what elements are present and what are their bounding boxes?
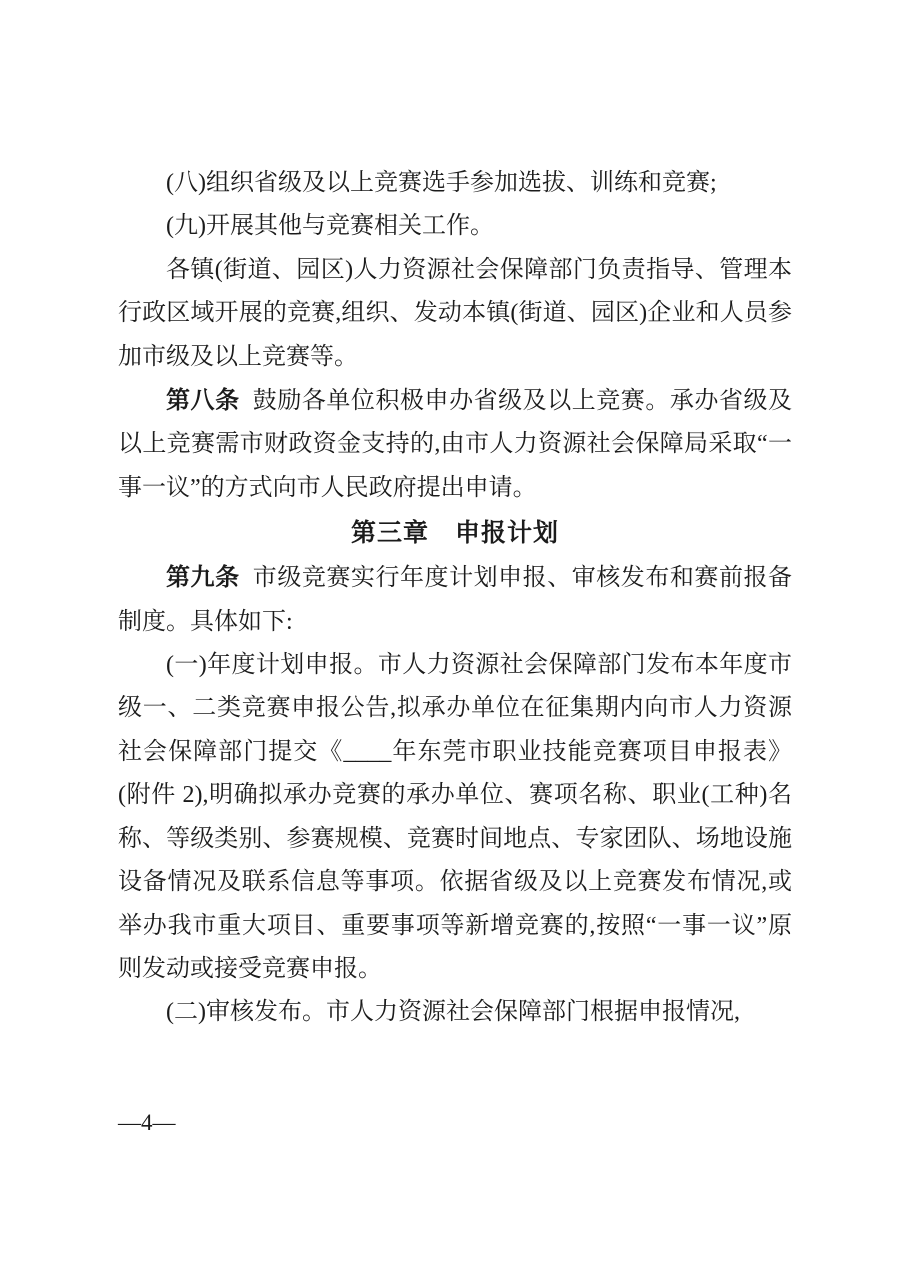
paragraph-item-2: (二)审核发布。市人力资源社会保障部门根据申报情况, xyxy=(118,991,792,1034)
paragraph-item-8: (八)组织省级及以上竞赛选手参加选拔、训练和竞赛; xyxy=(118,162,792,205)
paragraph-article-8: 第八条鼓励各单位积极申办省级及以上竞赛。承办省级及以上竞赛需市财政资金支持的,由… xyxy=(118,379,792,510)
body-text: (八)组织省级及以上竞赛选手参加选拔、训练和竞赛; (九)开展其他与竞赛相关工作… xyxy=(118,162,792,1035)
article-number: 第八条 xyxy=(166,387,240,414)
paragraph-text: (九)开展其他与竞赛相关工作。 xyxy=(166,213,494,239)
article-number: 第九条 xyxy=(166,564,240,591)
paragraph-item-9: (九)开展其他与竞赛相关工作。 xyxy=(118,205,792,248)
paragraph-article-9: 第九条市级竞赛实行年度计划申报、审核发布和赛前报备制度。具体如下: xyxy=(118,556,792,644)
paragraph-text: (二)审核发布。市人力资源社会保障部门根据申报情况, xyxy=(166,999,740,1025)
paragraph-item-1: (一)年度计划申报。市人力资源社会保障部门发布本年度市级一、二类竞赛申报公告,拟… xyxy=(118,644,792,991)
paragraph-text: (八)组织省级及以上竞赛选手参加选拔、训练和竞赛; xyxy=(166,170,717,196)
paragraph-text: 各镇(街道、园区)人力资源社会保障部门负责指导、管理本行政区域开展的竞赛,组织、… xyxy=(118,257,792,370)
paragraph-towns: 各镇(街道、园区)人力资源社会保障部门负责指导、管理本行政区域开展的竞赛,组织、… xyxy=(118,249,792,379)
paragraph-text: (一)年度计划申报。市人力资源社会保障部门发布本年度市级一、二类竞赛申报公告,拟… xyxy=(118,652,792,982)
chapter-heading: 第三章 申报计划 xyxy=(118,510,792,556)
page-number: —4— xyxy=(118,1108,176,1138)
document-page: (八)组织省级及以上竞赛选手参加选拔、训练和竞赛; (九)开展其他与竞赛相关工作… xyxy=(0,0,900,1272)
